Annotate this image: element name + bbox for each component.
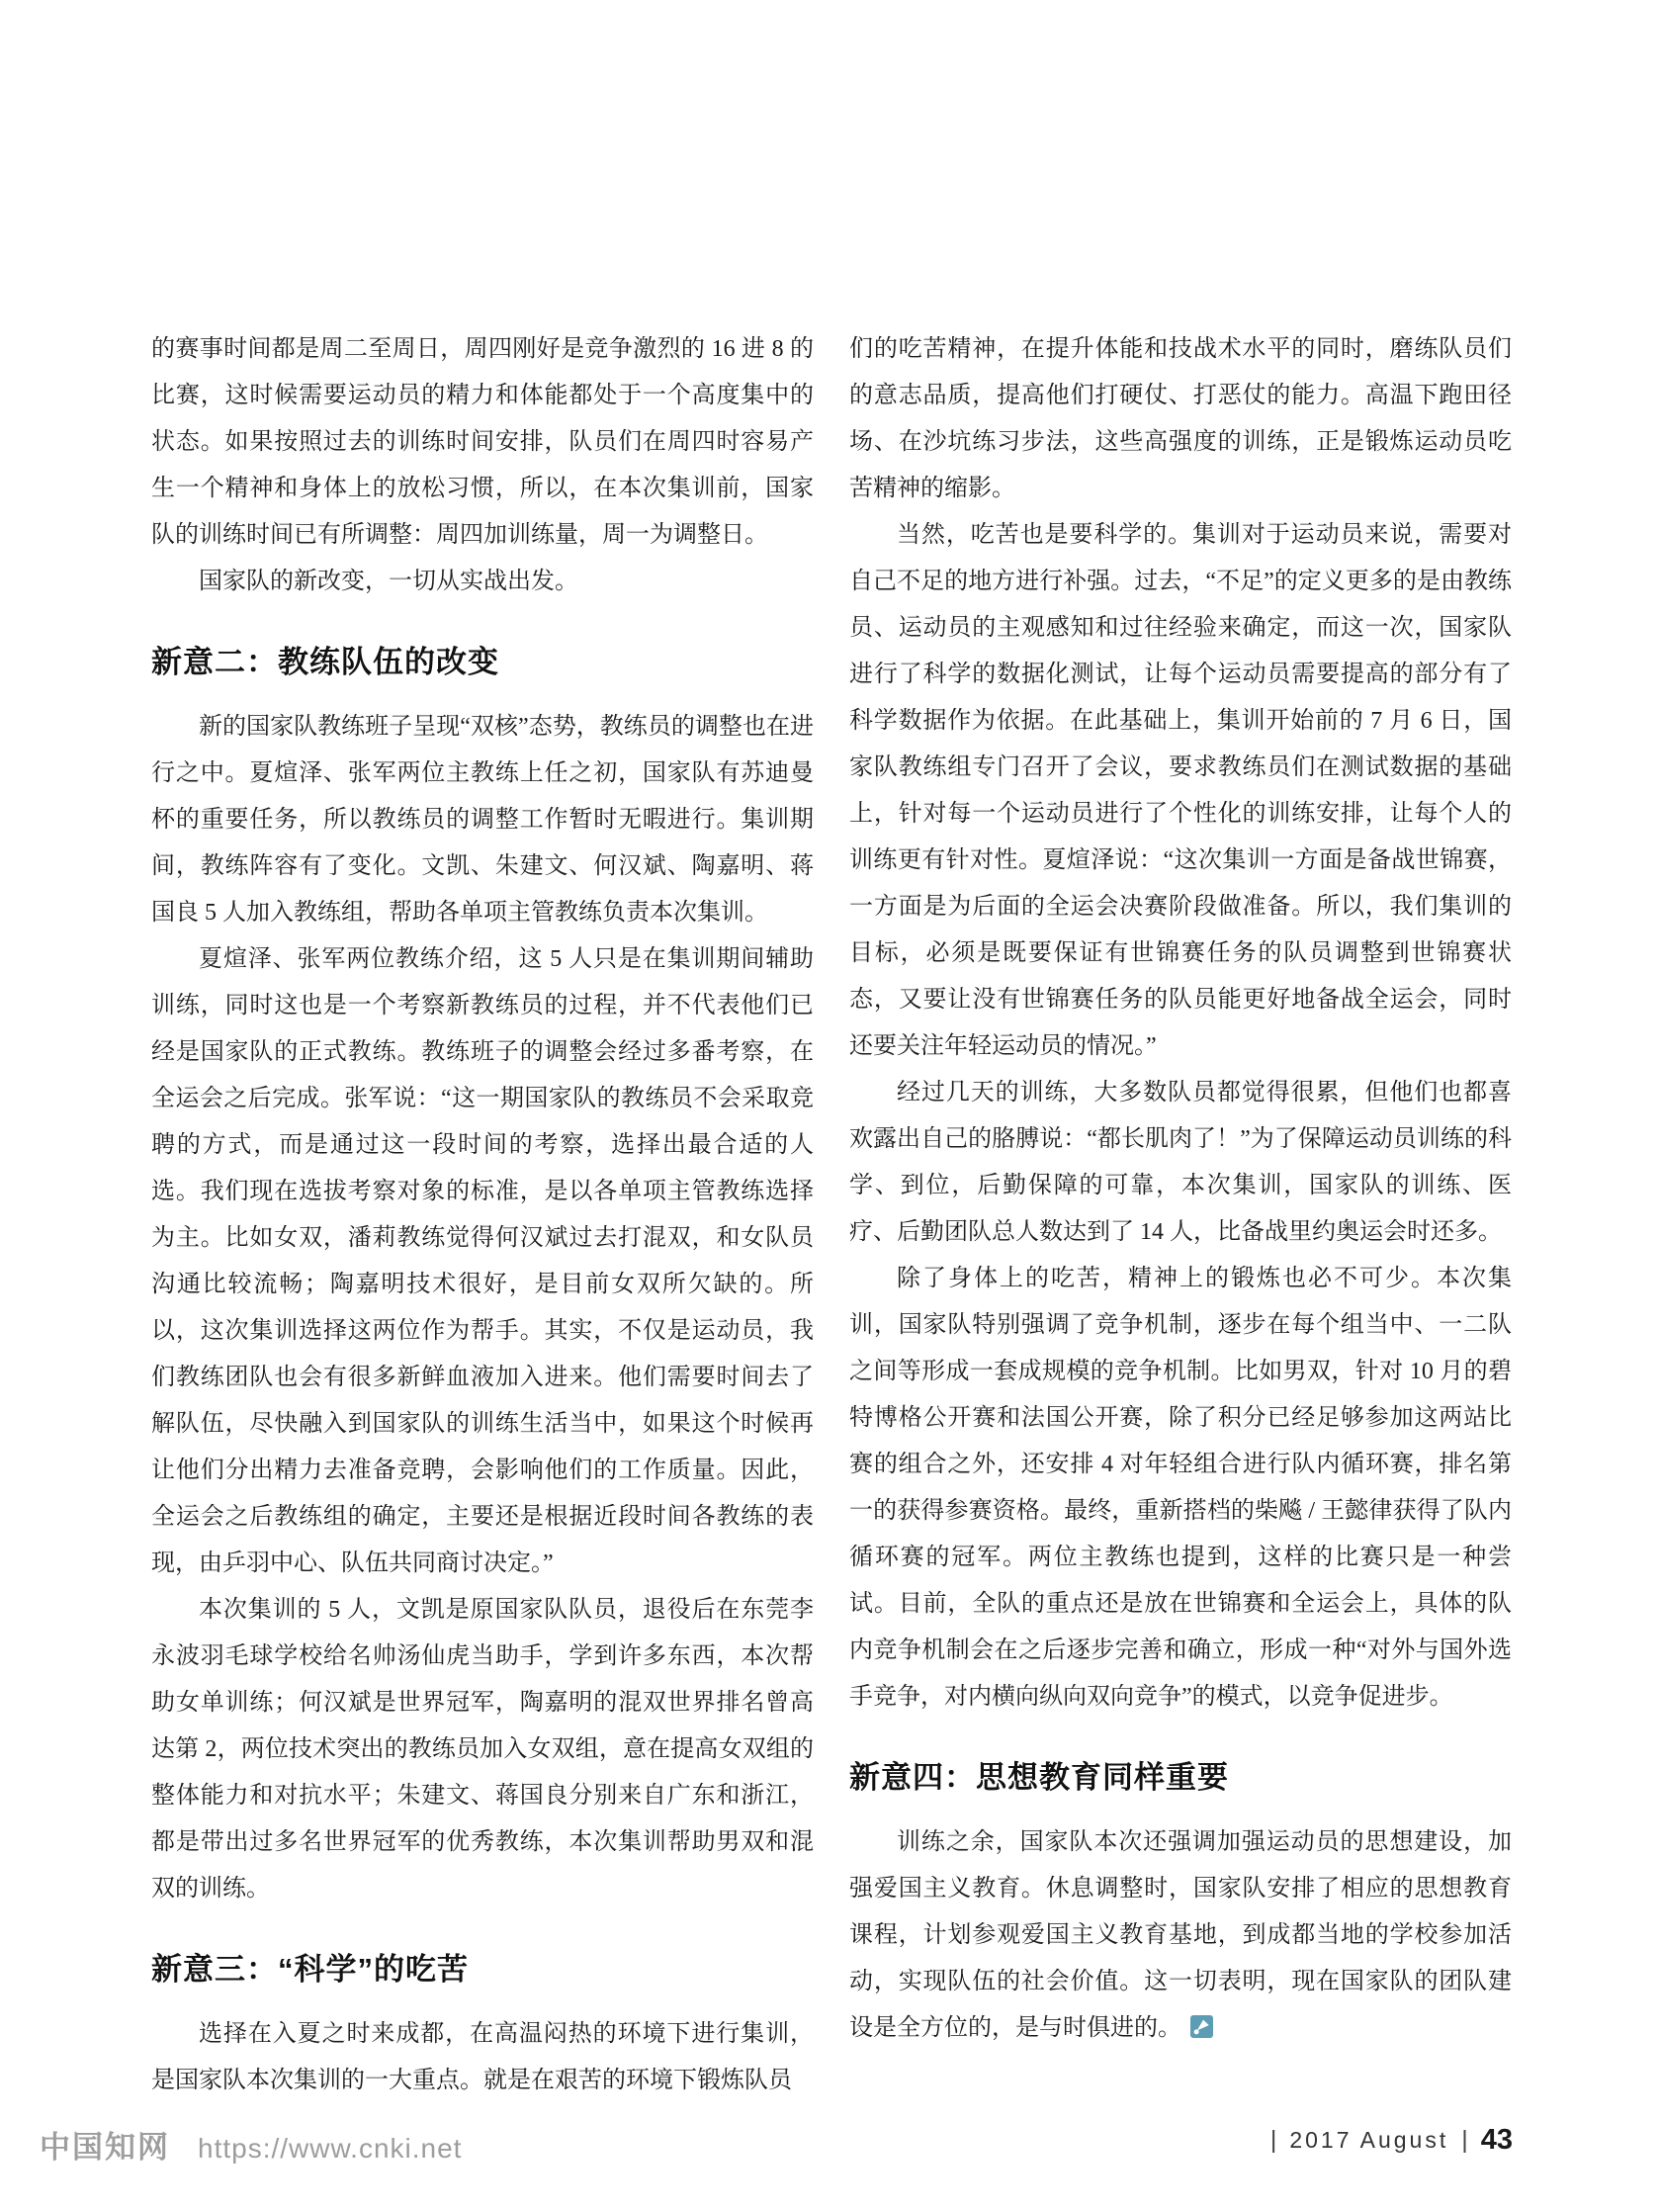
paragraph-text: 本次集训的 5 人，文凯是原国家队队员，退役后在东莞李永波羽毛球学校给名帅汤仙虎… xyxy=(151,1597,814,1902)
right-column: 们的吃苦精神，在提升体能和技战术水平的同时，磨练队员们的意志品质，提高他们打硬仗… xyxy=(849,326,1512,2104)
cnki-brand-text: 中国知网 xyxy=(40,2122,170,2167)
shuttlecock-end-mark-icon xyxy=(1190,2015,1213,2038)
paragraph: 本次集训的 5 人，文凯是原国家队队员，退役后在东莞李永波羽毛球学校给名帅汤仙虎… xyxy=(151,1587,814,1912)
paragraph-text: 们的吃苦精神，在提升体能和技战术水平的同时，磨练队员们的意志品质，提高他们打硬仗… xyxy=(849,336,1512,501)
paragraph-text: 当然，吃苦也是要科学的。集训对于运动员来说，需要对自己不足的地方进行补强。过去，… xyxy=(849,522,1512,1059)
paragraph: 国家队的新改变，一切从实战出发。 xyxy=(151,559,814,605)
paragraph: 的赛事时间都是周二至周日，周四刚好是竞争激烈的 16 进 8 的比赛，这时候需要… xyxy=(151,326,814,559)
page-footer-right: | 2017 August | 43 xyxy=(1270,2124,1513,2157)
section-heading: 新意二：教练队伍的改变 xyxy=(151,642,814,683)
cnki-url-link[interactable]: https://www.cnki.net xyxy=(198,2133,462,2165)
section-heading-text: 新意二：教练队伍的改变 xyxy=(151,645,499,679)
section-heading-text: 新意四：思想教育同样重要 xyxy=(849,1760,1229,1795)
magazine-page: 的赛事时间都是周二至周日，周四刚好是竞争激烈的 16 进 8 的比赛，这时候需要… xyxy=(0,0,1659,2212)
paragraph-text: 夏煊泽、张军两位教练介绍，这 5 人只是在集训期间辅助训练，同时这也是一个考察新… xyxy=(151,946,814,1576)
paragraph-text: 的赛事时间都是周二至周日，周四刚好是竞争激烈的 16 进 8 的比赛，这时候需要… xyxy=(151,336,814,548)
section-heading-text: 新意三：“科学”的吃苦 xyxy=(151,1952,469,1987)
paragraph-text: 新的国家队教练班子呈现“双核”态势，教练员的调整也在进行之中。夏煊泽、张军两位主… xyxy=(151,714,814,926)
paragraph: 选择在入夏之时来成都，在高温闷热的环境下进行集训，是国家队本次集训的一大重点。就… xyxy=(151,2011,814,2104)
paragraph-text: 经过几天的训练，大多数队员都觉得很累，但他们也都喜欢露出自己的胳膊说：“都长肌肉… xyxy=(849,1080,1512,1245)
paragraph: 夏煊泽、张军两位教练介绍，这 5 人只是在集训期间辅助训练，同时这也是一个考察新… xyxy=(151,936,814,1587)
paragraph-text: 选择在入夏之时来成都，在高温闷热的环境下进行集训，是国家队本次集训的一大重点。就… xyxy=(151,2021,814,2093)
paragraph-text: 除了身体上的吃苦，精神上的锻炼也必不可少。本次集训，国家队特别强调了竞争机制，逐… xyxy=(849,1266,1512,1710)
paragraph-text: 国家队的新改变，一切从实战出发。 xyxy=(199,569,578,594)
section-heading: 新意三：“科学”的吃苦 xyxy=(151,1949,814,1991)
paragraph: 当然，吃苦也是要科学的。集训对于运动员来说，需要对自己不足的地方进行补强。过去，… xyxy=(849,512,1512,1070)
paragraph: 训练之余，国家队本次还强调加强运动员的思想建设，加强爱国主义教育。休息调整时，国… xyxy=(849,1819,1512,2052)
issue-label: 2017 August xyxy=(1289,2127,1448,2154)
paragraph: 经过几天的训练，大多数队员都觉得很累，但他们也都喜欢露出自己的胳膊说：“都长肌肉… xyxy=(849,1070,1512,1256)
footer-separator: | xyxy=(1461,2126,1468,2155)
paragraph: 新的国家队教练班子呈现“双核”态势，教练员的调整也在进行之中。夏煊泽、张军两位主… xyxy=(151,704,814,936)
paragraph: 除了身体上的吃苦，精神上的锻炼也必不可少。本次集训，国家队特别强调了竞争机制，逐… xyxy=(849,1256,1512,1721)
paragraph: 们的吃苦精神，在提升体能和技战术水平的同时，磨练队员们的意志品质，提高他们打硬仗… xyxy=(849,326,1512,512)
page-number: 43 xyxy=(1481,2124,1513,2157)
section-heading: 新意四：思想教育同样重要 xyxy=(849,1757,1512,1799)
left-column: 的赛事时间都是周二至周日，周四刚好是竞争激烈的 16 进 8 的比赛，这时候需要… xyxy=(151,326,814,2104)
article-content: 的赛事时间都是周二至周日，周四刚好是竞争激烈的 16 进 8 的比赛，这时候需要… xyxy=(151,326,1512,2104)
paragraph-text: 训练之余，国家队本次还强调加强运动员的思想建设，加强爱国主义教育。休息调整时，国… xyxy=(849,1829,1512,2041)
cnki-watermark: 中国知网 https://www.cnki.net xyxy=(40,2122,462,2167)
footer-separator: | xyxy=(1270,2126,1277,2155)
